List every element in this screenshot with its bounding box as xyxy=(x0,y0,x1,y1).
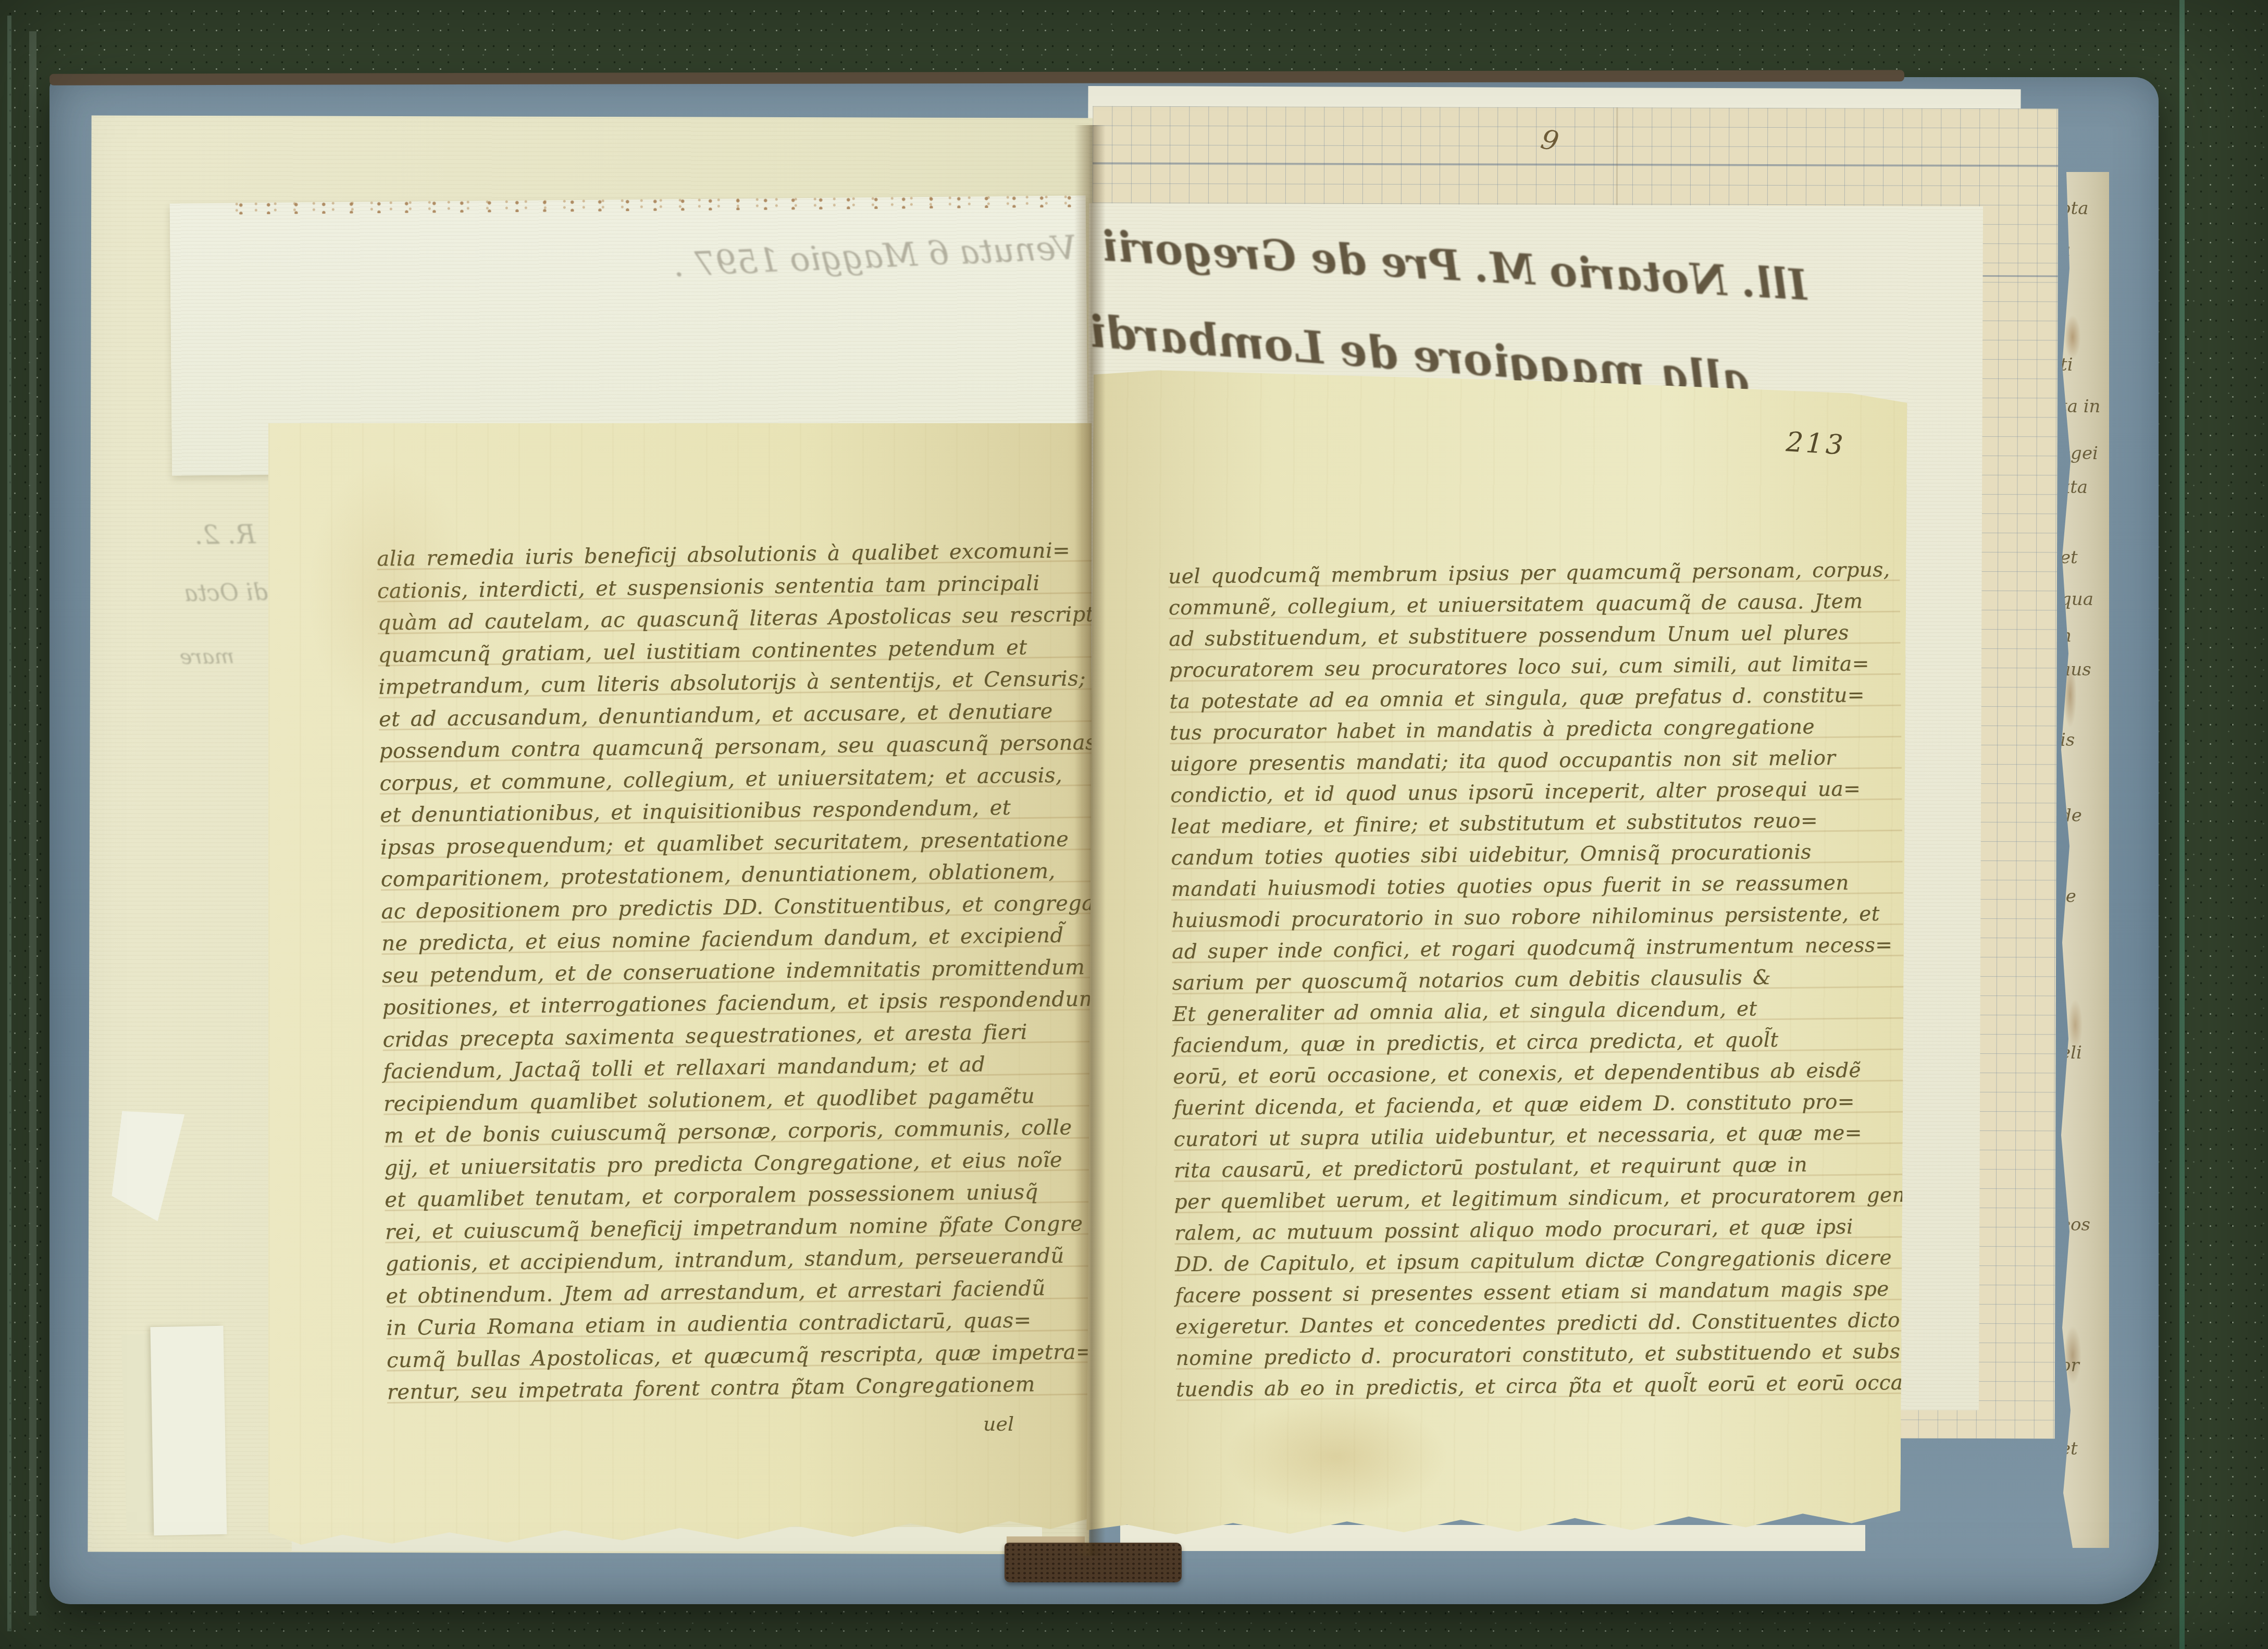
margin-show-through-mark: R. 2. xyxy=(194,519,256,550)
glass-edge-right xyxy=(2179,0,2185,1649)
margin-show-through-mark: mare xyxy=(180,644,234,669)
grid-heavy-rule xyxy=(1093,163,2058,167)
show-through-annotation: Ill. Notario M. Pre de Gregorii xyxy=(1100,221,1809,310)
left-text-block: alia remedia iuris beneficij absolutioni… xyxy=(377,535,1117,1409)
right-text-block: uel quodcumq̃ membrum ipsius per quamcum… xyxy=(1168,555,1907,1406)
show-through-annotation: Venuta 6 Maggio 1597 . xyxy=(503,228,1077,292)
glass-edge-left xyxy=(7,16,11,1631)
photo-of-open-manuscript: R. 2. di Octa mare 9 Ill. Notario M. Pre… xyxy=(0,0,2268,1649)
page-number: 213 xyxy=(1785,426,1846,461)
page-edge-stack xyxy=(151,1326,227,1535)
right-manuscript-page: 213 uel quodcumq̃ membrum ipsius per qua… xyxy=(1086,367,1907,1540)
margin-show-through-mark: di Octa xyxy=(184,579,268,607)
manuscript-line: tuendis ab eo in predictis, et circa p̃t… xyxy=(1176,1368,1908,1406)
page-bottom-edge xyxy=(1120,1525,1865,1551)
gutter-shadow xyxy=(1074,125,1106,1556)
glass-edge-left-2 xyxy=(29,31,36,1616)
catchword: uel xyxy=(983,1412,1014,1435)
left-manuscript-page: alia remedia iuris beneficij absolutioni… xyxy=(268,423,1092,1545)
